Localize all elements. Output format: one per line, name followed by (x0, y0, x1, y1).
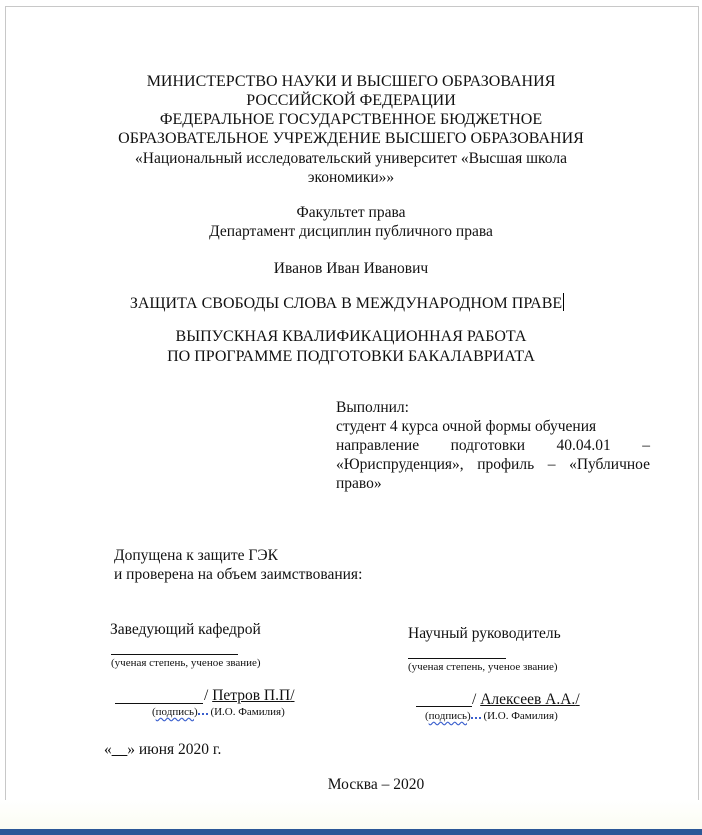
head-name: Петров П.П (212, 687, 290, 704)
study-direction-line: направление подготовки 40.04.01 – (336, 436, 650, 455)
signature-line (115, 703, 203, 704)
head-of-department-title: Заведующий кафедрой (110, 620, 261, 639)
thesis-title-text: ЗАЩИТА СВОБОДЫ СЛОВА В МЕЖДУНАРОДНОМ ПРА… (130, 295, 562, 312)
student-course: студент 4 курса очной формы обучения (336, 417, 596, 436)
admission-line-1: Допущена к защите ГЭК (114, 546, 278, 565)
faculty: Факультет права (0, 203, 702, 222)
supervisor-degree-hint: (ученая степень, ученое звание) (408, 661, 558, 674)
word: 40.04.01 (557, 436, 611, 455)
word: «Юриспруденция», (336, 455, 464, 474)
work-type-line-1: ВЫПУСКНАЯ КВАЛИФИКАЦИОННАЯ РАБОТА (0, 327, 702, 346)
performed-by-label: Выполнил: (336, 398, 409, 417)
head-degree-hint: (ученая степень, ученое звание) (111, 657, 261, 670)
signature-hint: подпись (429, 710, 467, 722)
word: подготовки (451, 436, 525, 455)
thesis-title[interactable]: ЗАЩИТА СВОБОДЫ СЛОВА В МЕЖДУНАРОДНОМ ПРА… (0, 293, 698, 313)
work-type-line-2: ПО ПРОГРАММЕ ПОДГОТОВКИ БАКАЛАВРИАТА (0, 347, 702, 366)
degree-signature-line (408, 658, 506, 659)
head-name-field: / Петров П.П/ (204, 686, 295, 705)
day-blank: __ (112, 741, 128, 758)
ministry-line: МИНИСТЕРСТВО НАУКИ И ВЫСШЕГО ОБРАЗОВАНИЯ (0, 72, 702, 91)
word: – (548, 455, 556, 474)
profile-line: «Юриспруденция», профиль – «Публичное (336, 455, 650, 474)
word: «Публичное (569, 455, 650, 474)
degree-signature-line (111, 654, 238, 655)
head-signature-hints: (подпись) (И.О. Фамилия) (152, 706, 285, 719)
word: направление (336, 436, 419, 455)
spellcheck-mark (198, 707, 208, 715)
month-year: » июня 2020 г. (127, 741, 221, 758)
supervisor-name: Алексеев А.А. (480, 691, 575, 708)
university-name-line-2: экономики»» (0, 168, 702, 187)
text-cursor (563, 293, 564, 311)
federation-line: РОССИЙСКОЙ ФЕДЕРАЦИИ (0, 91, 702, 110)
name-hint: (И.О. Фамилия) (483, 710, 557, 722)
department: Департамент дисциплин публичного права (0, 222, 702, 241)
word: – (642, 436, 650, 455)
word: профиль (477, 455, 534, 474)
supervisor-title: Научный руководитель (408, 624, 561, 643)
admission-line-2: и проверена на объем заимствования: (114, 565, 362, 584)
name-hint: (И.О. Фамилия) (210, 706, 284, 718)
signature-line (416, 706, 472, 707)
author-name: Иванов Иван Иванович (0, 259, 702, 278)
supervisor-signature-hints: (подпись) (И.О. Фамилия) (425, 710, 558, 723)
date-line: «__» июня 2020 г. (104, 740, 221, 759)
institution-type-line: ФЕДЕРАЛЬНОЕ ГОСУДАРСТВЕННОЕ БЮДЖЕТНОЕ (0, 110, 702, 129)
institution-type-line-2: ОБРАЗОВАТЕЛЬНОЕ УЧРЕЖДЕНИЕ ВЫСШЕГО ОБРАЗ… (0, 129, 702, 148)
university-name-line: «Национальный исследовательский универси… (0, 149, 702, 168)
city-year: Москва – 2020 (25, 775, 702, 794)
supervisor-name-field: / Алексеев А.А./ (472, 690, 580, 709)
page-bottom-fade (0, 800, 702, 830)
signature-hint: подпись (156, 706, 194, 718)
spellcheck-mark (471, 711, 481, 719)
taskbar-strip (0, 829, 702, 835)
quote-open: « (104, 741, 112, 758)
profile-line-end: право» (336, 474, 382, 493)
